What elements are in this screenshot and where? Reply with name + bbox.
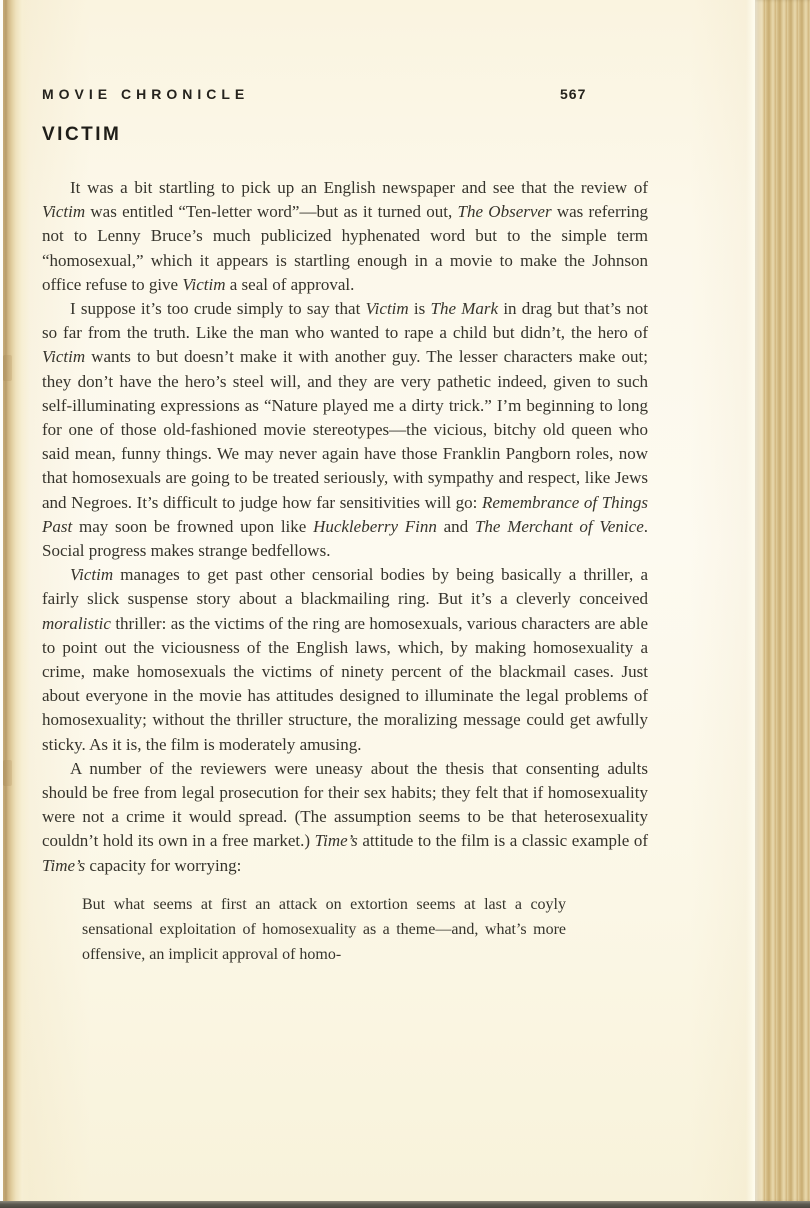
- page-number: 567: [560, 86, 586, 102]
- body-copy: It was a bit startling to pick up an Eng…: [42, 176, 648, 967]
- binding-notch: [3, 355, 12, 381]
- paragraph: I suppose it’s too crude simply to say t…: [42, 297, 648, 563]
- block-quote: But what seems at first an attack on ext…: [82, 892, 566, 967]
- chapter-title: MOVIE CHRONICLE: [42, 86, 249, 102]
- paragraph: It was a bit startling to pick up an Eng…: [42, 176, 648, 297]
- text-block: MOVIE CHRONICLE 567 VICTIM It was a bit …: [42, 86, 648, 108]
- page-edge-highlight: [746, 0, 755, 1202]
- paragraph: Victim manages to get past other censori…: [42, 563, 648, 757]
- section-title: VICTIM: [42, 124, 121, 146]
- page-edge-stack: [754, 0, 810, 1202]
- binding-notch: [3, 760, 12, 786]
- book-page-scan: MOVIE CHRONICLE 567 VICTIM It was a bit …: [0, 0, 810, 1208]
- bottom-shadow-line: [0, 1201, 810, 1208]
- book-binding-edge: [0, 0, 30, 1202]
- paragraph: A number of the reviewers were uneasy ab…: [42, 757, 648, 878]
- running-head: MOVIE CHRONICLE 567: [42, 86, 648, 108]
